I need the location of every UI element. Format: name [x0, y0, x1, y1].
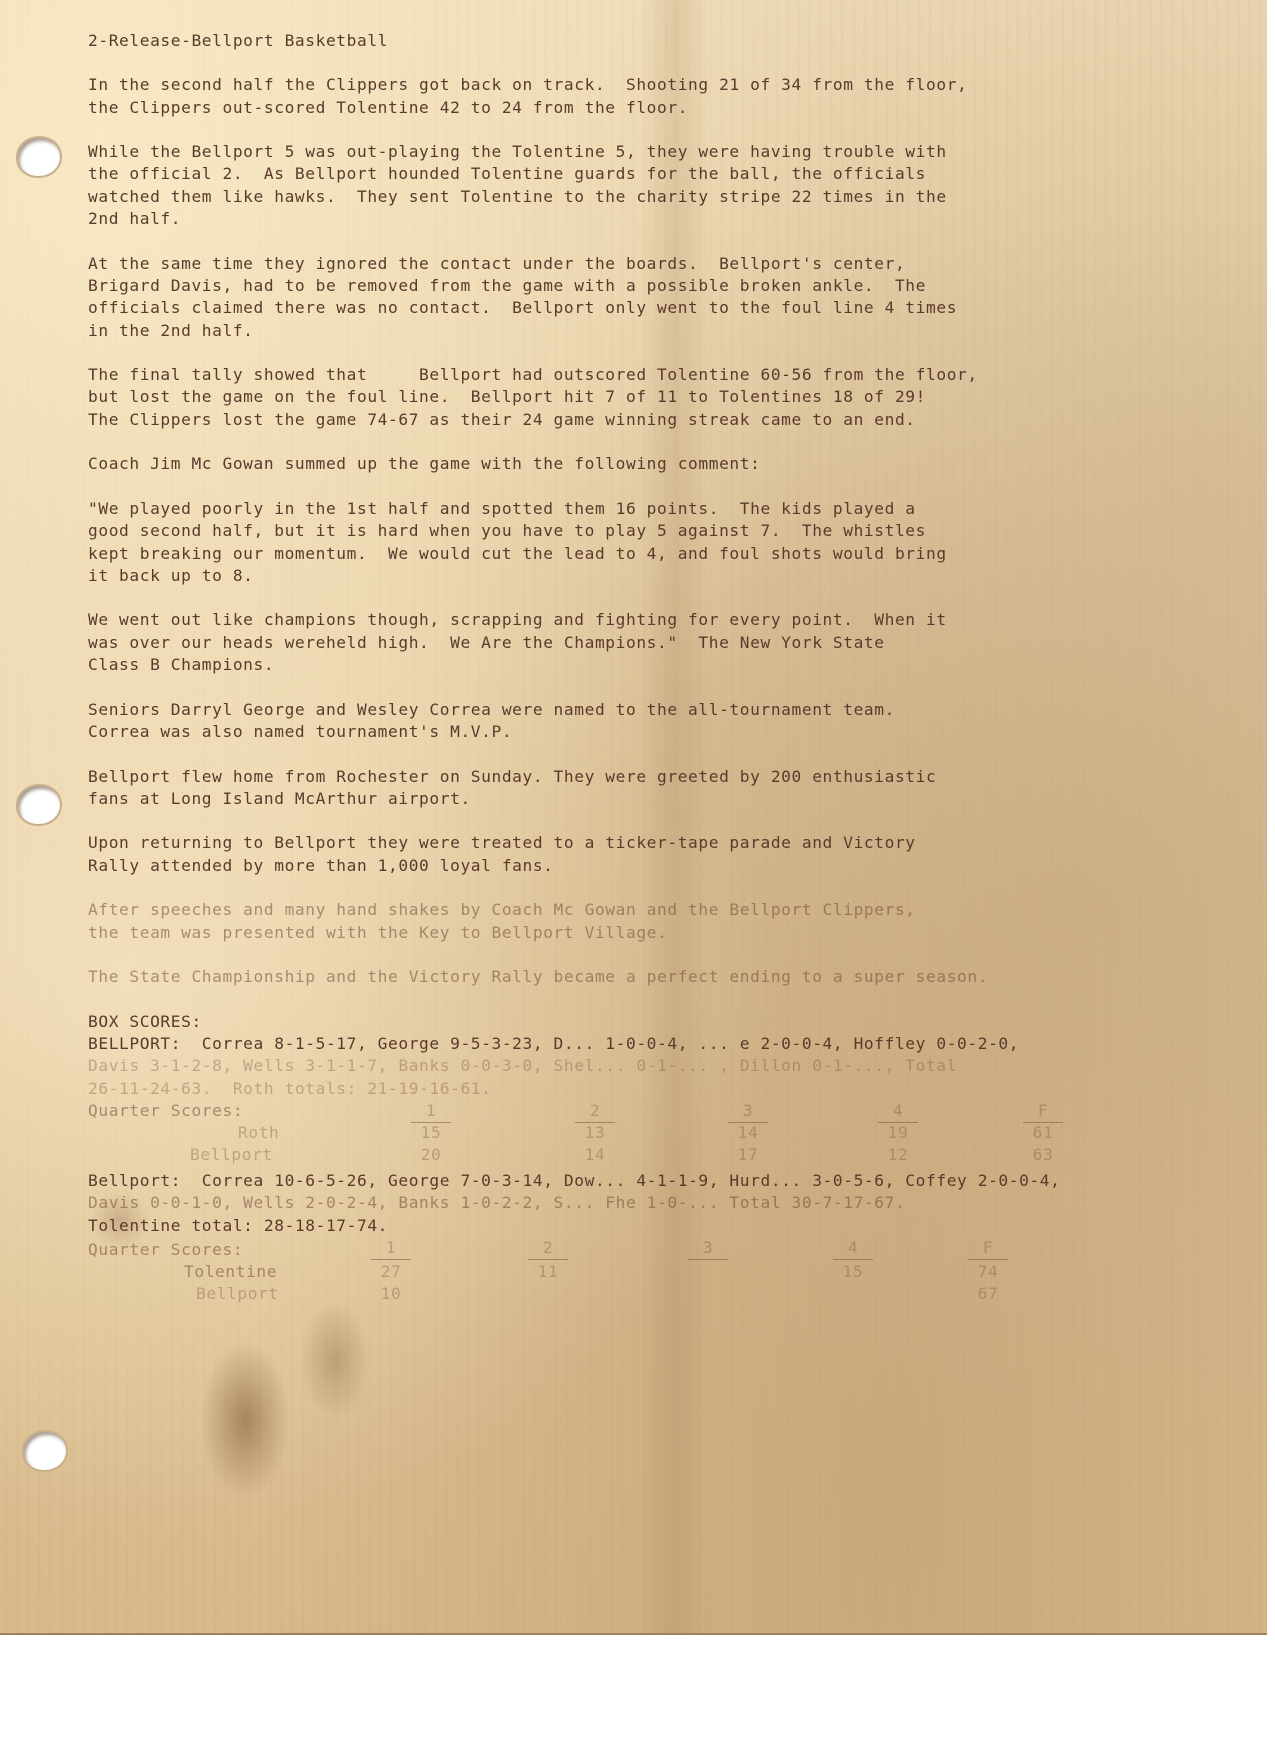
paragraph-10: Upon returning to Bellport they were tre… — [88, 832, 1208, 877]
text-line: but lost the game on the foul line. Bell… — [88, 386, 1208, 408]
text-line: officials claimed there was no contact. … — [88, 297, 1208, 319]
paragraph-2: While the Bellport 5 was out-playing the… — [88, 141, 1208, 230]
text-line: kept breaking our momentum. We would cut… — [88, 543, 1208, 565]
binder-hole-top — [18, 138, 60, 176]
text-line: "We played poorly in the 1st half and sp… — [88, 498, 1208, 520]
paragraph-7-quote: We went out like champions though, scrap… — [88, 609, 1208, 676]
text-line: fans at Long Island McArthur airport. — [88, 788, 1208, 810]
text-line: 2nd half. — [88, 208, 1208, 230]
box-score-game-1: BELLPORT: Correa 8-1-5-17, George 9-5-3-… — [88, 1033, 1208, 1166]
team-name: Tolentine — [184, 1261, 277, 1283]
text-line: Upon returning to Bellport they were tre… — [88, 832, 1208, 854]
quarter-header: 4 — [833, 1237, 873, 1260]
quarter-scores-label: Quarter Scores: — [88, 1239, 243, 1261]
text-line: While the Bellport 5 was out-playing the… — [88, 141, 1208, 163]
quarter-header: 2 — [528, 1237, 568, 1260]
text-line: in the 2nd half. — [88, 320, 1208, 342]
text-line: Class B Champions. — [88, 654, 1208, 676]
team-name: Bellport — [196, 1283, 279, 1305]
quarter-score: 67 — [968, 1283, 1008, 1305]
quarter-score: 14 — [575, 1144, 615, 1166]
quarter-score: 74 — [968, 1261, 1008, 1283]
text-line: Rally attended by more than 1,000 loyal … — [88, 855, 1208, 877]
page-heading: 2-Release-Bellport Basketball — [88, 30, 1208, 52]
quarter-scores-label: Quarter Scores: — [88, 1100, 243, 1122]
quarter-score: 12 — [878, 1144, 918, 1166]
paragraph-6-quote: "We played poorly in the 1st half and sp… — [88, 498, 1208, 587]
text-line: good second half, but it is hard when yo… — [88, 520, 1208, 542]
box-score-line: BELLPORT: Correa 8-1-5-17, George 9-5-3-… — [88, 1033, 1208, 1055]
text-line: Coach Jim Mc Gowan summed up the game wi… — [88, 453, 1208, 475]
quarter-score: 20 — [411, 1144, 451, 1166]
quarter-scores-table-1: Quarter Scores: 1 2 3 4 F Roth 15 13 14 … — [88, 1100, 1208, 1166]
text-line: The Clippers lost the game 74-67 as thei… — [88, 409, 1208, 431]
quarter-header: 1 — [411, 1100, 451, 1123]
paragraph-8: Seniors Darryl George and Wesley Correa … — [88, 699, 1208, 744]
stain — [300, 1300, 370, 1420]
text-line: At the same time they ignored the contac… — [88, 253, 1208, 275]
document-body: 2-Release-Bellport Basketball In the sec… — [88, 30, 1208, 1303]
quarter-score: 13 — [575, 1122, 615, 1144]
binder-hole-bottom — [24, 1432, 66, 1470]
box-scores: BOX SCORES: BELLPORT: Correa 8-1-5-17, G… — [88, 1011, 1208, 1303]
quarter-score: 17 — [728, 1144, 768, 1166]
box-score-line: Tolentine total: 28-18-17-74. — [88, 1215, 1208, 1237]
quarter-header: 2 — [575, 1100, 615, 1123]
team-name: Bellport — [190, 1144, 273, 1166]
team-name: Roth — [238, 1122, 279, 1144]
paragraph-1: In the second half the Clippers got back… — [88, 74, 1208, 119]
quarter-header: 3 — [728, 1100, 768, 1123]
text-line: We went out like champions though, scrap… — [88, 609, 1208, 631]
box-score-game-2: Bellport: Correa 10-6-5-26, George 7-0-3… — [88, 1170, 1208, 1303]
quarter-header: F — [968, 1237, 1008, 1260]
text-line: the official 2. As Bellport hounded Tole… — [88, 163, 1208, 185]
text-line: Bellport flew home from Rochester on Sun… — [88, 766, 1208, 788]
paragraph-12: The State Championship and the Victory R… — [88, 966, 1208, 988]
box-score-line: Davis 0-0-1-0, Wells 2-0-2-4, Banks 1-0-… — [88, 1192, 1208, 1214]
quarter-scores-table-2: Quarter Scores: 1 2 3 4 F Tolentine 27 1… — [88, 1237, 1208, 1303]
text-line: Brigard Davis, had to be removed from th… — [88, 275, 1208, 297]
text-line: the team was presented with the Key to B… — [88, 922, 1208, 944]
box-score-line: Bellport: Correa 10-6-5-26, George 7-0-3… — [88, 1170, 1208, 1192]
quarter-score: 19 — [878, 1122, 918, 1144]
quarter-score: 27 — [371, 1261, 411, 1283]
quarter-score: 61 — [1023, 1122, 1063, 1144]
quarter-header: 4 — [878, 1100, 918, 1123]
box-scores-title: BOX SCORES: — [88, 1011, 1208, 1033]
quarter-score: 10 — [371, 1283, 411, 1305]
paragraph-11: After speeches and many hand shakes by C… — [88, 899, 1208, 944]
quarter-score: 15 — [411, 1122, 451, 1144]
text-line: Seniors Darryl George and Wesley Correa … — [88, 699, 1208, 721]
paper-page: 2-Release-Bellport Basketball In the sec… — [0, 0, 1267, 1635]
quarter-header: 3 — [688, 1237, 728, 1260]
quarter-score: 11 — [528, 1261, 568, 1283]
text-line: The final tally showed that Bellport had… — [88, 364, 1208, 386]
binder-hole-middle — [18, 786, 60, 824]
text-line: the Clippers out-scored Tolentine 42 to … — [88, 97, 1208, 119]
paragraph-5: Coach Jim Mc Gowan summed up the game wi… — [88, 453, 1208, 475]
box-score-line: Davis 3-1-2-8, Wells 3-1-1-7, Banks 0-0-… — [88, 1055, 1208, 1077]
text-line: After speeches and many hand shakes by C… — [88, 899, 1208, 921]
text-line: Correa was also named tournament's M.V.P… — [88, 721, 1208, 743]
text-line: was over our heads wereheld high. We Are… — [88, 632, 1208, 654]
quarter-score: 15 — [833, 1261, 873, 1283]
quarter-score: 63 — [1023, 1144, 1063, 1166]
box-score-line: 26-11-24-63. Roth totals: 21-19-16-61. — [88, 1078, 1208, 1100]
paragraph-9: Bellport flew home from Rochester on Sun… — [88, 766, 1208, 811]
quarter-header: F — [1023, 1100, 1063, 1123]
paragraph-3: At the same time they ignored the contac… — [88, 253, 1208, 342]
stain — [200, 1340, 290, 1500]
paragraph-4: The final tally showed that Bellport had… — [88, 364, 1208, 431]
quarter-header: 1 — [371, 1237, 411, 1260]
quarter-score: 14 — [728, 1122, 768, 1144]
text-line: watched them like hawks. They sent Tolen… — [88, 186, 1208, 208]
text-line: In the second half the Clippers got back… — [88, 74, 1208, 96]
text-line: The State Championship and the Victory R… — [88, 966, 1208, 988]
text-line: it back up to 8. — [88, 565, 1208, 587]
